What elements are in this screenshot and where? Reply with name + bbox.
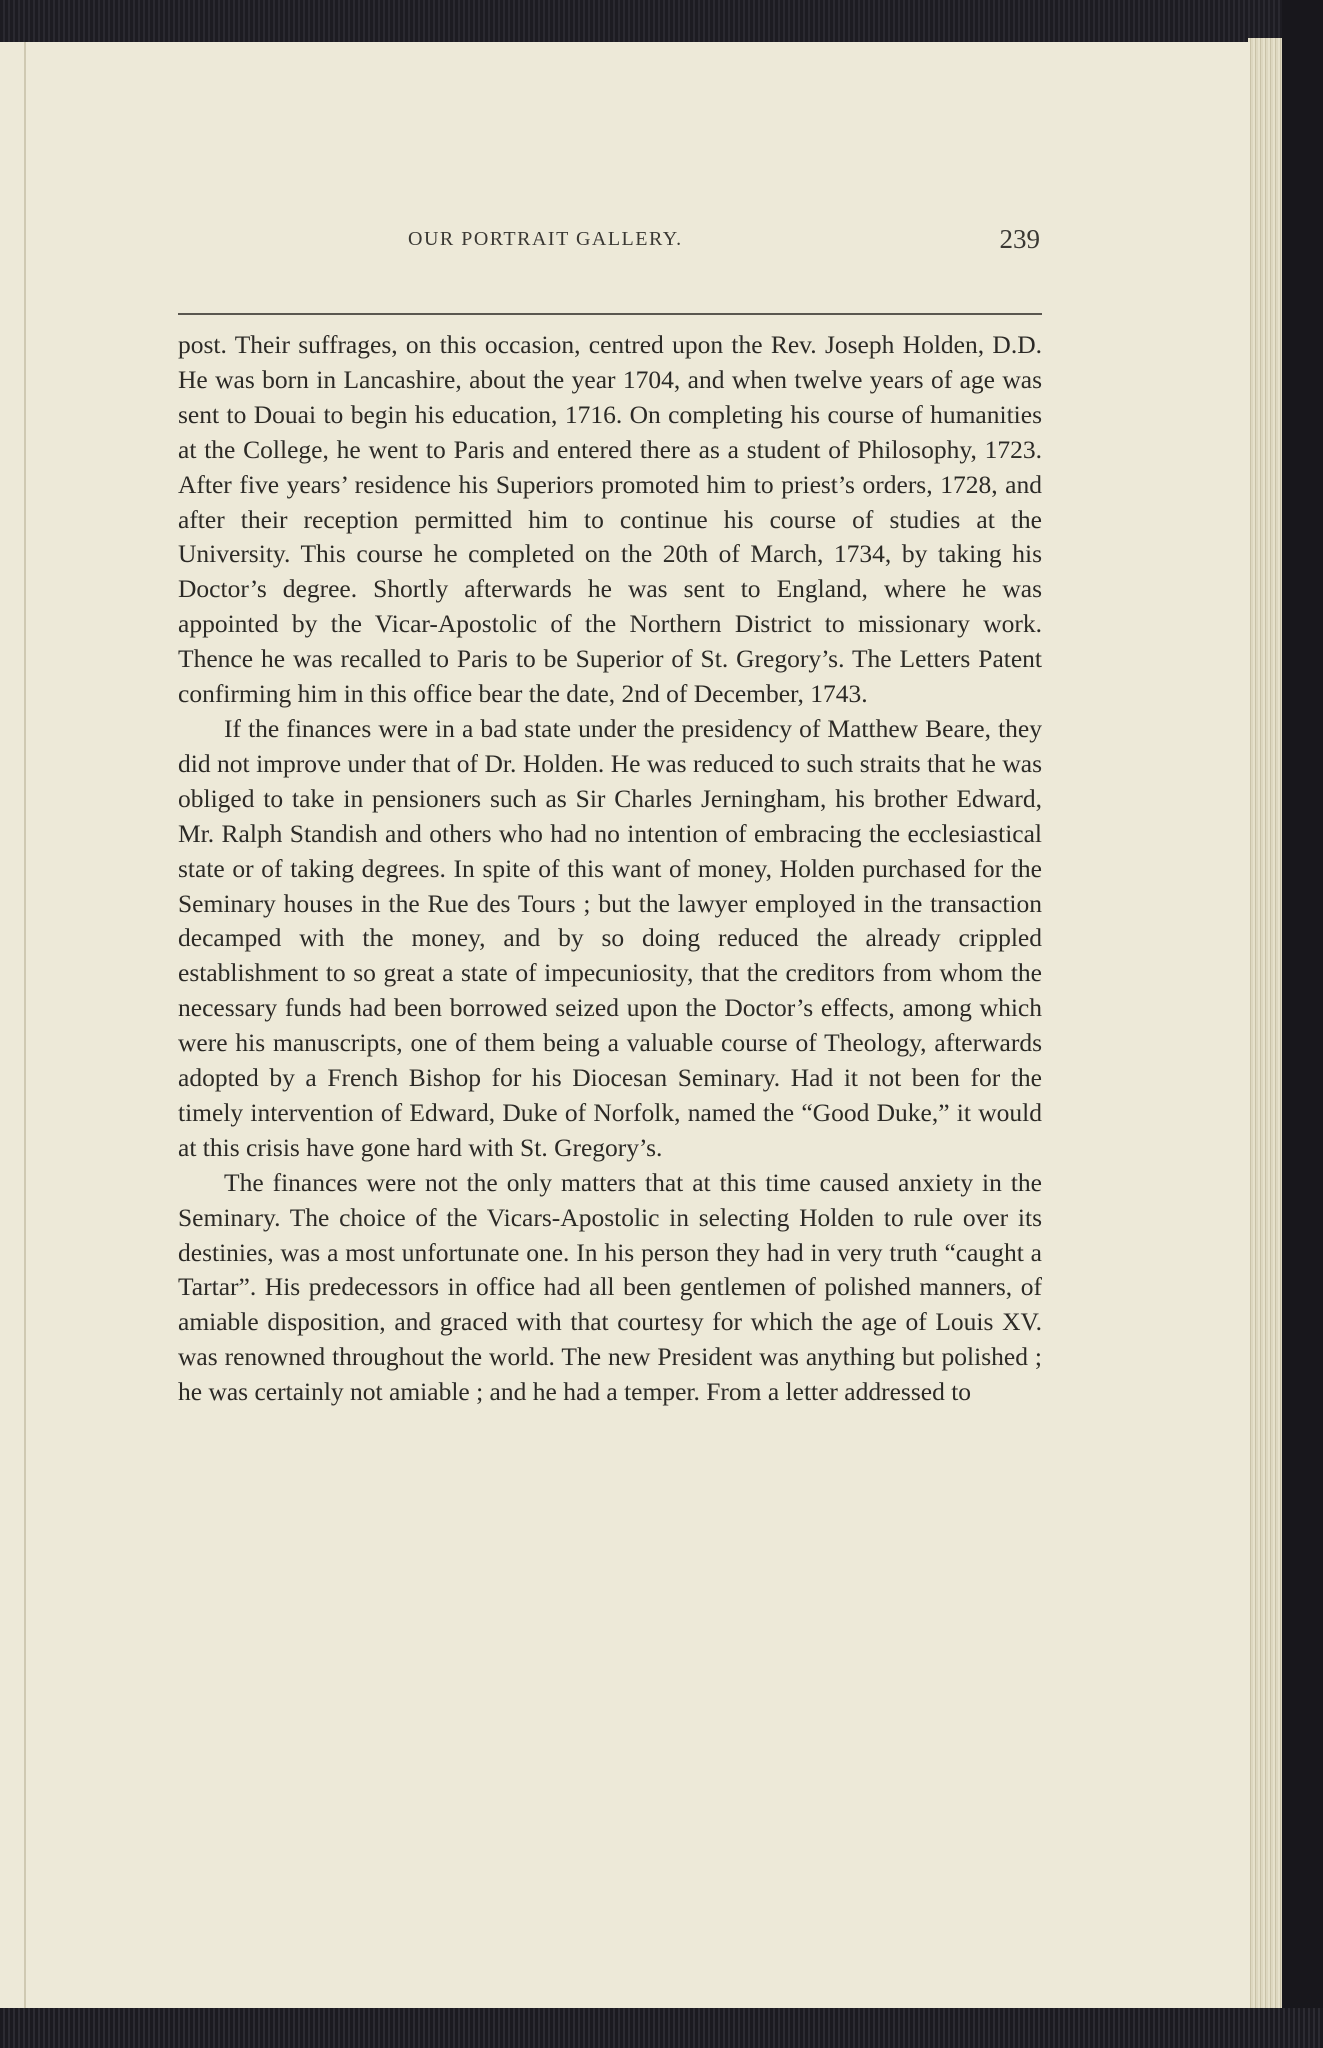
paragraph: post. Their suffrages, on this occasion,… [178,328,1042,712]
paragraph: The finances were not the only matters t… [178,1166,1042,1410]
book-cover-right [1282,0,1323,2048]
header-rule [178,313,1042,315]
book-cover-top [0,0,1323,44]
running-head: OUR PORTRAIT GALLERY. 239 [178,224,1042,264]
book-cover-bottom [0,2008,1323,2048]
page-number: 239 [1000,224,1041,255]
gutter-line [24,42,26,2008]
body-text: post. Their suffrages, on this occasion,… [178,328,1042,1410]
page-edges [1248,38,1282,2010]
paragraph: If the finances were in a bad state unde… [178,712,1042,1166]
running-title: OUR PORTRAIT GALLERY. [408,228,683,251]
